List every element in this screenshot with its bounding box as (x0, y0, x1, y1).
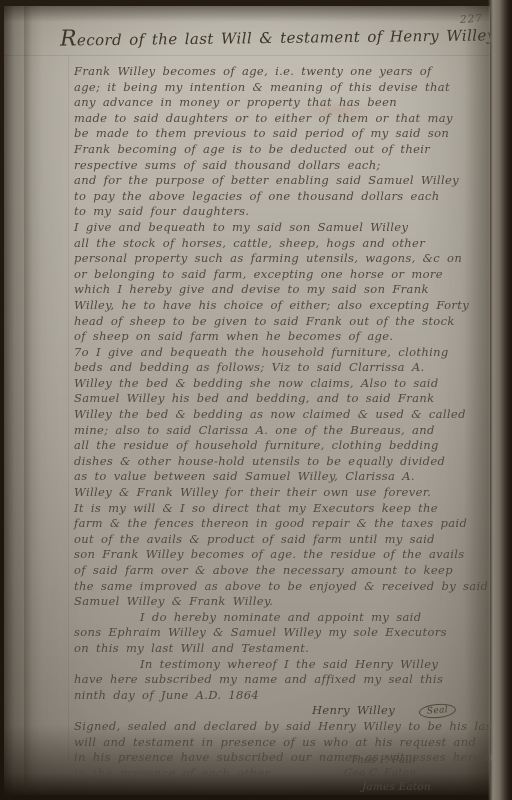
manuscript-line: personal property such as farming utensi… (74, 251, 486, 267)
seal-stamp: Seal (418, 703, 456, 720)
manuscript-line: and for the purpose of better enabling s… (74, 173, 486, 189)
manuscript-line: In testimony whereof I the said Henry Wi… (74, 657, 486, 673)
manuscript-line: Willey the bed & bedding she now claims,… (74, 376, 486, 392)
manuscript-line: have here subscribed my name and affixed… (74, 672, 486, 688)
ledger-page: 227 Record of the last Will & testament … (4, 6, 490, 795)
manuscript-line: son Frank Willey becomes of age. the res… (74, 547, 486, 563)
manuscript-line: respective sums of said thousand dollars… (74, 158, 486, 174)
manuscript-line: mine; also to said Clarissa A. one of th… (74, 423, 486, 439)
manuscript-line: of sheep on said farm when he becomes of… (74, 329, 486, 345)
manuscript-line: on this my last Will and Testament. (74, 641, 486, 657)
manuscript-line: Frank Willey becomes of age, i.e. twenty… (74, 64, 486, 80)
manuscript-line: be made to them previous to said period … (74, 126, 486, 142)
document-photo: 227 Record of the last Will & testament … (0, 0, 512, 800)
manuscript-line: Willey the bed & bedding as now claimed … (74, 407, 486, 423)
manuscript-line: 7o I give and bequeath the household fur… (74, 345, 486, 361)
manuscript-line: made to said daughters or to either of t… (74, 111, 486, 127)
manuscript-line: ninth day of June A.D. 1864 (74, 688, 486, 704)
manuscript-line: It is my will & I so direct that my Exec… (74, 501, 486, 517)
manuscript-line: of said farm over & above the necessary … (74, 563, 486, 579)
manuscript-line: head of sheep to be given to said Frank … (74, 314, 486, 330)
manuscript-line: all the stock of horses, cattle, sheep, … (74, 236, 486, 252)
witness-signature: Thos P. Paul (350, 754, 500, 767)
manuscript-line: as to value between said Samuel Willey, … (74, 469, 486, 485)
witness-list: Thos P. PaulGeo C. EatonJames Eaton (350, 754, 500, 794)
margin-rule-horizontal (4, 55, 490, 56)
page-fold-crease (24, 6, 32, 795)
margin-rule-vertical (68, 55, 69, 761)
manuscript-line: beds and bedding as follows; Viz to said… (74, 360, 486, 376)
witness-signature: James Eaton (362, 781, 500, 794)
manuscript-line: farm & the fences thereon in good repair… (74, 516, 486, 532)
manuscript-line: sons Ephraim Willey & Samuel Willey my s… (74, 625, 486, 641)
manuscript-line: Samuel Willey his bed and bedding, and t… (74, 391, 486, 407)
manuscript-line: any advance in money or property that ha… (74, 95, 486, 111)
manuscript-line: age; it being my intention & meaning of … (74, 80, 486, 96)
manuscript-line: all the residue of household furniture, … (74, 438, 486, 454)
manuscript-line: the same improved as above to be enjoyed… (74, 579, 486, 595)
manuscript-line: or belonging to said farm, excepting one… (74, 267, 486, 283)
manuscript-line: dishes & other house-hold utensils to be… (74, 454, 486, 470)
manuscript-line: which I hereby give and devise to my sai… (74, 282, 486, 298)
manuscript-lines: Frank Willey becomes of age, i.e. twenty… (74, 64, 486, 781)
manuscript-line: I give and bequeath to my said son Samue… (74, 220, 486, 236)
manuscript-line: out of the avails & product of said farm… (74, 532, 486, 548)
next-page-edge (488, 0, 512, 800)
manuscript-line: Signed, sealed and declared by said Henr… (74, 719, 486, 735)
manuscript-line: to my said four daughters. (74, 204, 486, 220)
witness-signature: Geo C. Eaton (344, 767, 500, 780)
manuscript-line: Henry WilleySeal (74, 703, 486, 719)
manuscript-line: Frank becoming of age is to be deducted … (74, 142, 486, 158)
manuscript-line: Willey, he to have his choice of either;… (74, 298, 486, 314)
manuscript-line: will and testament in presence of us who… (74, 735, 486, 751)
manuscript-line: I do hereby nominate and appoint my said (74, 610, 486, 626)
record-title: Record of the last Will & testament of H… (60, 23, 488, 51)
manuscript-line: Willey & Frank Willey for their their ow… (74, 485, 486, 501)
manuscript-line: Samuel Willey & Frank Willey. (74, 594, 486, 610)
manuscript-line: to pay the above legacies of one thousan… (74, 189, 486, 205)
